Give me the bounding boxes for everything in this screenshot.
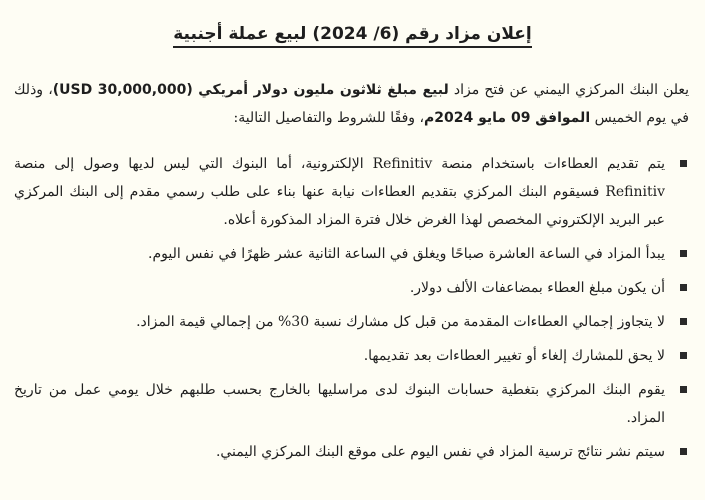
condition-item: أن يكون مبلغ العطاء بمضاعفات الألف دولار…: [14, 274, 689, 302]
intro-text-3: ، وفقًا للشروط والتفاصيل التالية:: [233, 110, 424, 126]
condition-item: لا يحق للمشارك إلغاء أو تغيير العطاءات ب…: [14, 342, 689, 370]
condition-item: يتم تقديم العطاءات باستخدام منصة Refinit…: [14, 150, 689, 234]
square-bullet-icon: [680, 284, 687, 291]
square-bullet-icon: [680, 448, 687, 455]
square-bullet-icon: [680, 352, 687, 359]
intro-paragraph: يعلن البنك المركزي اليمني عن فتح مزاد لب…: [14, 76, 689, 132]
page-title: إعلان مزاد رقم (6/ 2024) لبيع عملة أجنبي…: [0, 24, 705, 44]
intro-amount: لبيع مبلغ ثلاثون مليون دولار أمريكي (30,…: [53, 82, 449, 98]
square-bullet-icon: [680, 250, 687, 257]
intro-date: الموافق 09 مايو 2024م: [424, 110, 590, 126]
condition-item: يقوم البنك المركزي بتغطية حسابات البنوك …: [14, 376, 689, 432]
condition-item: يبدأ المزاد في الساعة العاشرة صباحًا ويغ…: [14, 240, 689, 268]
condition-item: لا يتجاوز إجمالي العطاءات المقدمة من قبل…: [14, 308, 689, 336]
square-bullet-icon: [680, 160, 687, 167]
square-bullet-icon: [680, 318, 687, 325]
square-bullet-icon: [680, 386, 687, 393]
conditions-list: يتم تقديم العطاءات باستخدام منصة Refinit…: [14, 150, 689, 472]
auction-announcement: إعلان مزاد رقم (6/ 2024) لبيع عملة أجنبي…: [0, 0, 705, 500]
intro-text-1: يعلن البنك المركزي اليمني عن فتح مزاد: [449, 82, 689, 98]
condition-item: سيتم نشر نتائج ترسية المزاد في نفس اليوم…: [14, 438, 689, 466]
